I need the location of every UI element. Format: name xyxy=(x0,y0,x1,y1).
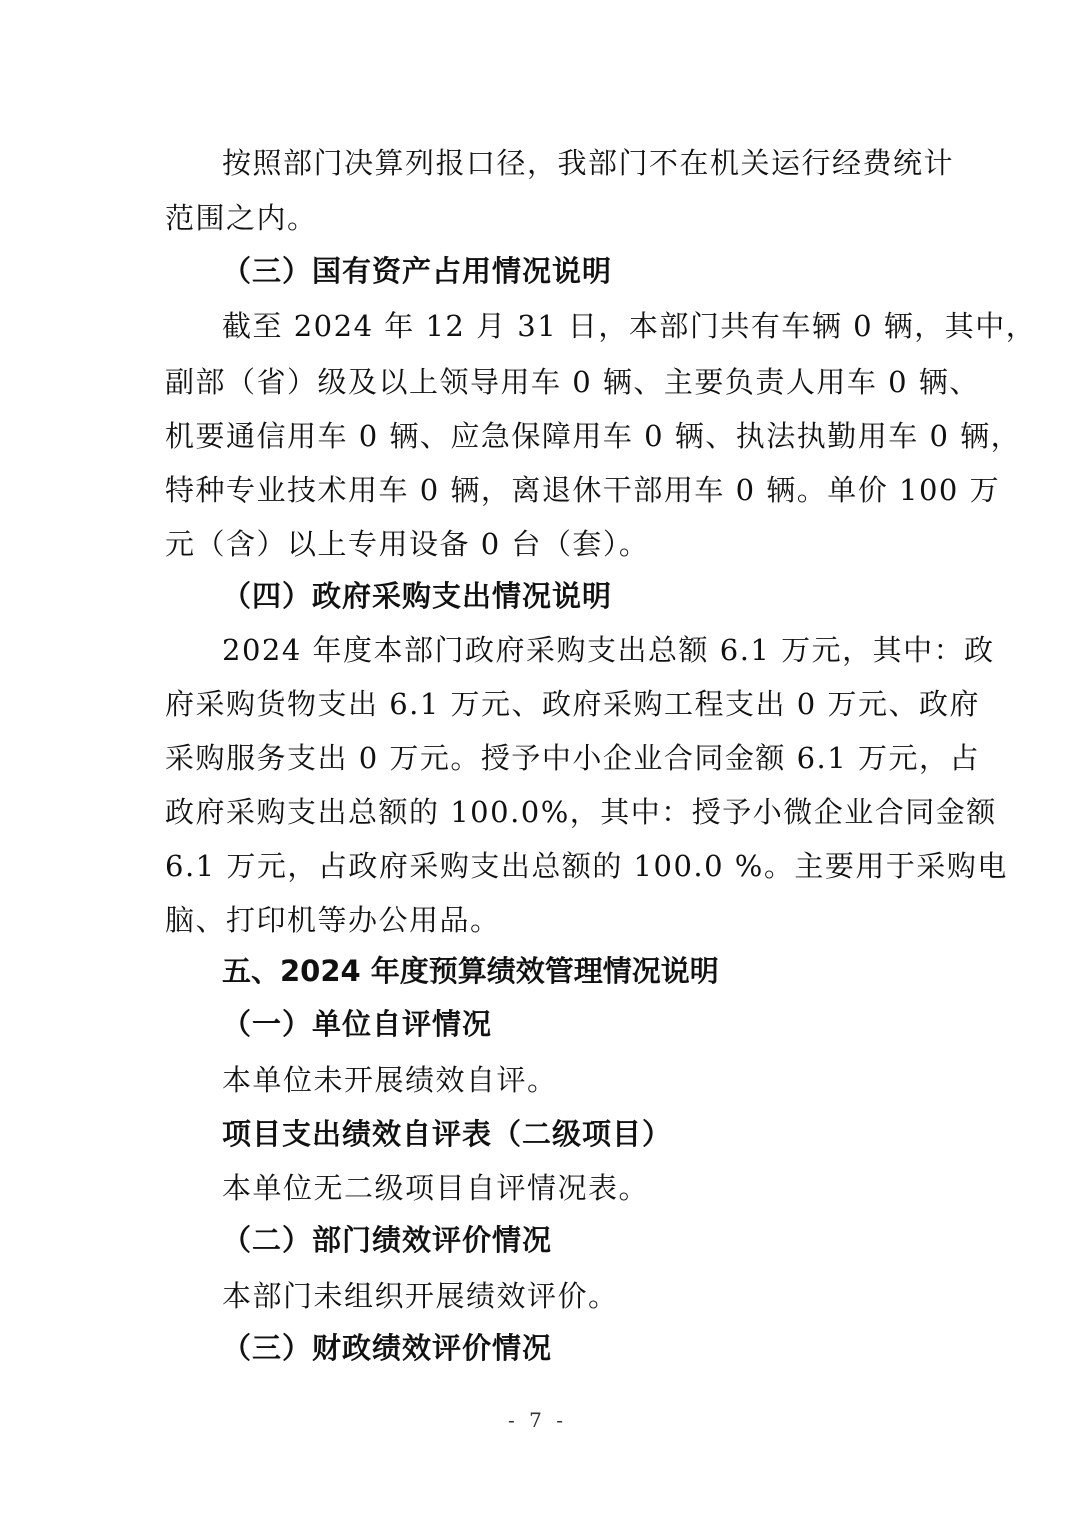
paragraph-line: 特种专业技术用车 0 辆，离退休干部用车 0 辆。单价 100 万 xyxy=(165,472,913,508)
section-heading-assets: （三）国有资产占用情况说明 xyxy=(222,253,913,289)
paragraph-line: 6.1 万元，占政府采购支出总额的 100.0 %。主要用于采购电 xyxy=(165,848,913,884)
subsection-heading-fiscal-evaluation: （三）财政绩效评价情况 xyxy=(222,1330,913,1366)
paragraph-line: 政府采购支出总额的 100.0%，其中：授予小微企业合同金额 xyxy=(165,794,913,830)
paragraph-line: 本部门未组织开展绩效评价。 xyxy=(222,1278,913,1314)
paragraph-line: 截至 2024 年 12 月 31 日，本部门共有车辆 0 辆，其中， xyxy=(222,308,913,344)
section-heading-procurement: （四）政府采购支出情况说明 xyxy=(222,578,913,614)
paragraph-line: 副部（省）级及以上领导用车 0 辆、主要负责人用车 0 辆、 xyxy=(165,364,913,400)
heading-project-table: 项目支出绩效自评表（二级项目） xyxy=(222,1116,913,1152)
paragraph-line: 范围之内。 xyxy=(165,200,913,236)
document-page: 按照部门决算列报口径，我部门不在机关运行经费统计 范围之内。 （三）国有资产占用… xyxy=(0,0,1075,1520)
paragraph-line: 本单位未开展绩效自评。 xyxy=(222,1062,913,1098)
paragraph-line: 脑、打印机等办公用品。 xyxy=(165,902,913,938)
paragraph-line: 采购服务支出 0 万元。授予中小企业合同金额 6.1 万元，占 xyxy=(165,740,913,776)
paragraph-line: 本单位无二级项目自评情况表。 xyxy=(222,1170,913,1206)
paragraph-line: 按照部门决算列报口径，我部门不在机关运行经费统计 xyxy=(222,145,913,181)
paragraph-line: 元（含）以上专用设备 0 台（套）。 xyxy=(165,526,913,562)
paragraph-line: 机要通信用车 0 辆、应急保障用车 0 辆、执法执勤用车 0 辆， xyxy=(165,418,913,454)
page-number: - 7 - xyxy=(0,1408,1075,1432)
paragraph-line: 2024 年度本部门政府采购支出总额 6.1 万元，其中：政 xyxy=(222,632,913,668)
subsection-heading-dept-evaluation: （二）部门绩效评价情况 xyxy=(222,1222,913,1258)
section-heading-performance: 五、2024 年度预算绩效管理情况说明 xyxy=(222,953,913,989)
subsection-heading-self-evaluation: （一）单位自评情况 xyxy=(222,1006,913,1042)
paragraph-line: 府采购货物支出 6.1 万元、政府采购工程支出 0 万元、政府 xyxy=(165,686,913,722)
